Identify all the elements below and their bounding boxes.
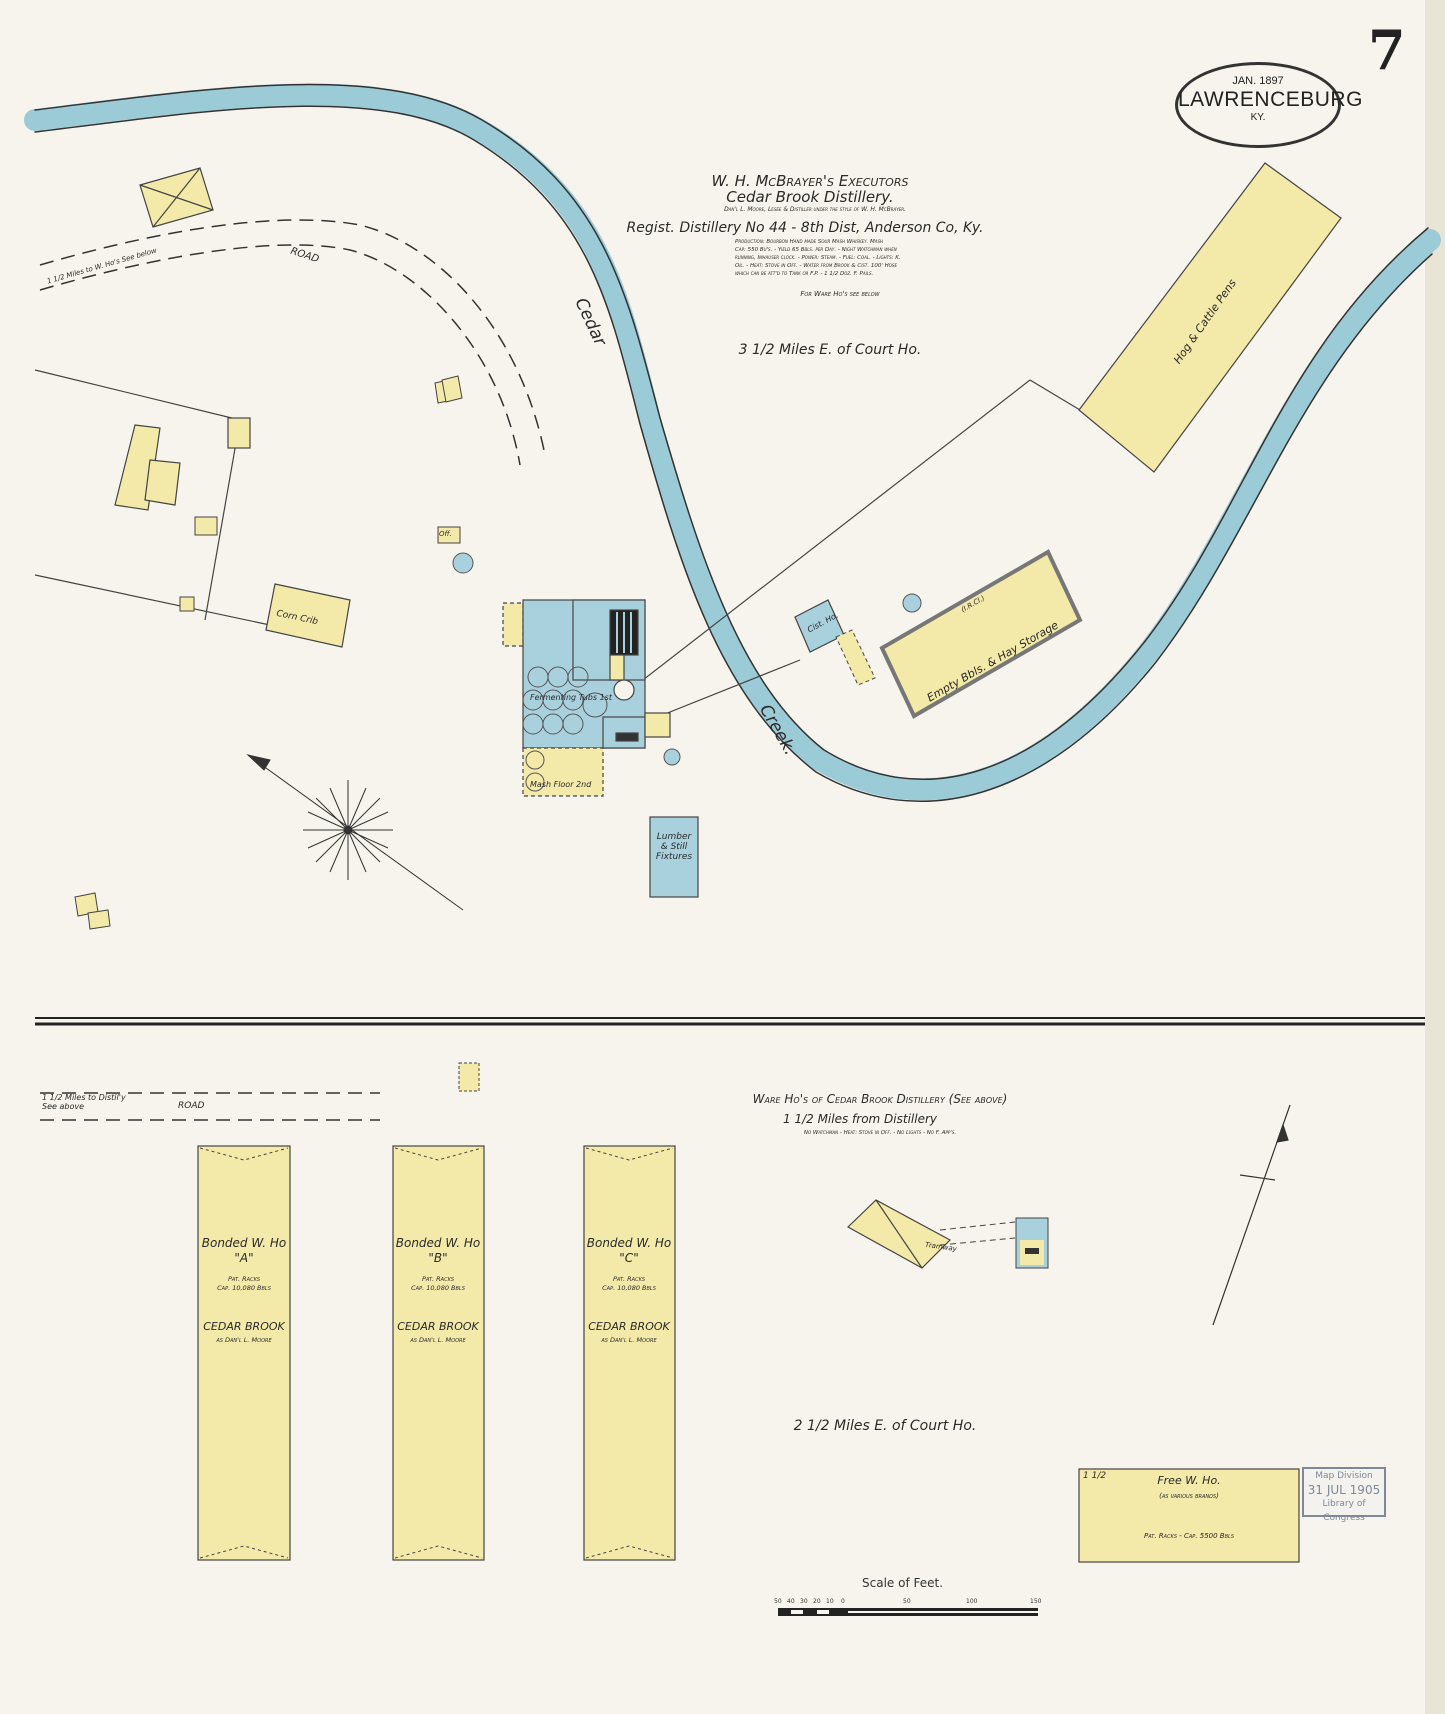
title-cartouche: JAN. 1897 LAWRENCEBURG KY. [1175,62,1341,148]
lumber-label: Lumber & Still Fixtures [652,832,696,862]
warehouses-subtitle: 1 1/2 Miles from Distillery [783,1112,937,1126]
lower-road-note: 1 1/2 Miles to Distil'y See above [42,1093,132,1111]
library-stamp: Map Division 31 JUL 1905 Library of Cong… [1302,1467,1386,1517]
sheet-number: 7 [1368,18,1406,82]
registration: Regist. Distillery No 44 - 8th Dist, And… [627,220,984,236]
distillery-name: Cedar Brook Distillery. [726,188,893,206]
lower-road-label: ROAD [178,1101,204,1111]
building-2-dwelling [115,425,180,510]
room-mash-floor: Mash Floor 2nd [530,780,591,789]
warehouse-shapes [198,1146,675,1560]
cistern [453,553,473,573]
lessee-note: Dan'l L. Moore, Lesee & Distiller under … [720,206,910,213]
scale-bar [778,1608,1038,1616]
lower-location-note: 2 1/2 Miles E. of Court Ho. [794,1418,977,1434]
building-11-office [459,1063,479,1091]
compass-rose [248,755,463,910]
building-4 [195,517,217,535]
upper-location-note: 3 1/2 Miles E. of Court Ho. [739,342,922,358]
building-d-small [75,893,110,929]
cartouche-town: LAWRENCEBURG [1178,88,1338,112]
shed [836,630,875,685]
production-notes: Production: Bourbon Hand made Sour Mash … [735,238,901,278]
room-fermenting: Fermenting Tubs 1st [530,693,612,702]
section-divider [35,1018,1425,1024]
warehouses-title: Ware Ho's of Cedar Brook Distillery (See… [753,1092,1008,1106]
cartouche-state: KY. [1178,112,1338,123]
warehouse-reference: For Ware Ho's see below [800,290,879,298]
building-1 [140,168,213,227]
building-12 [848,1200,950,1268]
building-3-repair-shop [228,418,250,448]
map-drawing [0,0,1445,1714]
scale-title: Scale of Feet. [862,1576,943,1590]
cartouche-date: JAN. 1897 [1178,75,1338,87]
office-label: Off. [439,530,452,538]
north-arrow [1213,1105,1290,1325]
warehouses-notes: No Watchman - Heat: Stove in Off. - No L… [804,1130,956,1136]
